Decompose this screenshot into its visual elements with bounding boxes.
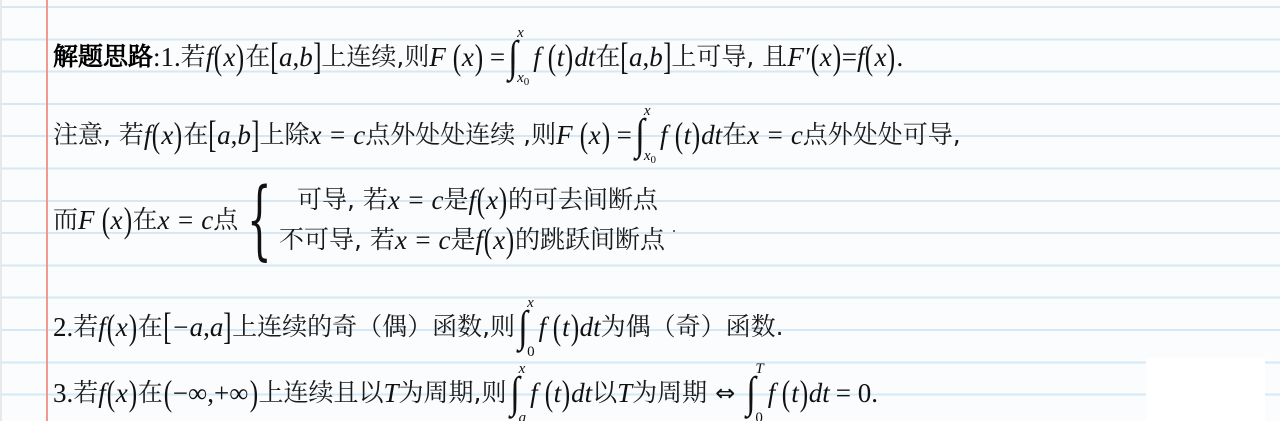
line-5-periodic-function: 3. 若 f (x) 在 (−∞,+∞) 上连续且以 T 为周期,则 ∫ x a… bbox=[53, 366, 878, 420]
case-differentiable: 可导, 若 x = c 是 f (x) 的可去间断点 bbox=[279, 182, 675, 218]
integral-sign: ∫ T 0 bbox=[745, 366, 763, 420]
line-2-note-removable-point: 注意, 若 f (x) 在 [a,b] 上除 x = c 点外处处连续 ,则 F… bbox=[53, 108, 961, 162]
integral-sign: ∫ x a bbox=[509, 366, 527, 420]
line-3-piecewise-cases: 而 F (x) 在 x = c 点 { 可导, 若 x = c 是 f (x) … bbox=[53, 172, 675, 268]
integral-sign: ∫ x x0 bbox=[634, 108, 656, 162]
line-1-fundamental-theorem: 解题思路 : 1. 若 f (x) 在 [a,b] 上连续,则 F (x) = … bbox=[53, 30, 903, 84]
integral-sign: ∫ x x0 bbox=[507, 30, 529, 84]
page-left-edge bbox=[0, 0, 2, 421]
line-4-odd-even-function: 2. 若 f (x) 在 [−a,a] 上连续的奇（偶）函数,则 ∫ x 0 f… bbox=[53, 300, 784, 354]
integral-sign: ∫ x 0 bbox=[517, 300, 535, 354]
heading-label: 解题思路 bbox=[53, 41, 153, 73]
red-margin-line bbox=[46, 0, 48, 421]
cases-block: { 可导, 若 x = c 是 f (x) 的可去间断点 不可导, 若 x = … bbox=[238, 177, 675, 263]
left-brace: { bbox=[247, 177, 272, 263]
iff-arrow-icon: ⇔ bbox=[715, 377, 735, 409]
case-not-differentiable: 不可导, 若 x = c 是 f (x) 的跳跃间断点 bbox=[279, 222, 675, 258]
blank-patch bbox=[1146, 358, 1265, 421]
